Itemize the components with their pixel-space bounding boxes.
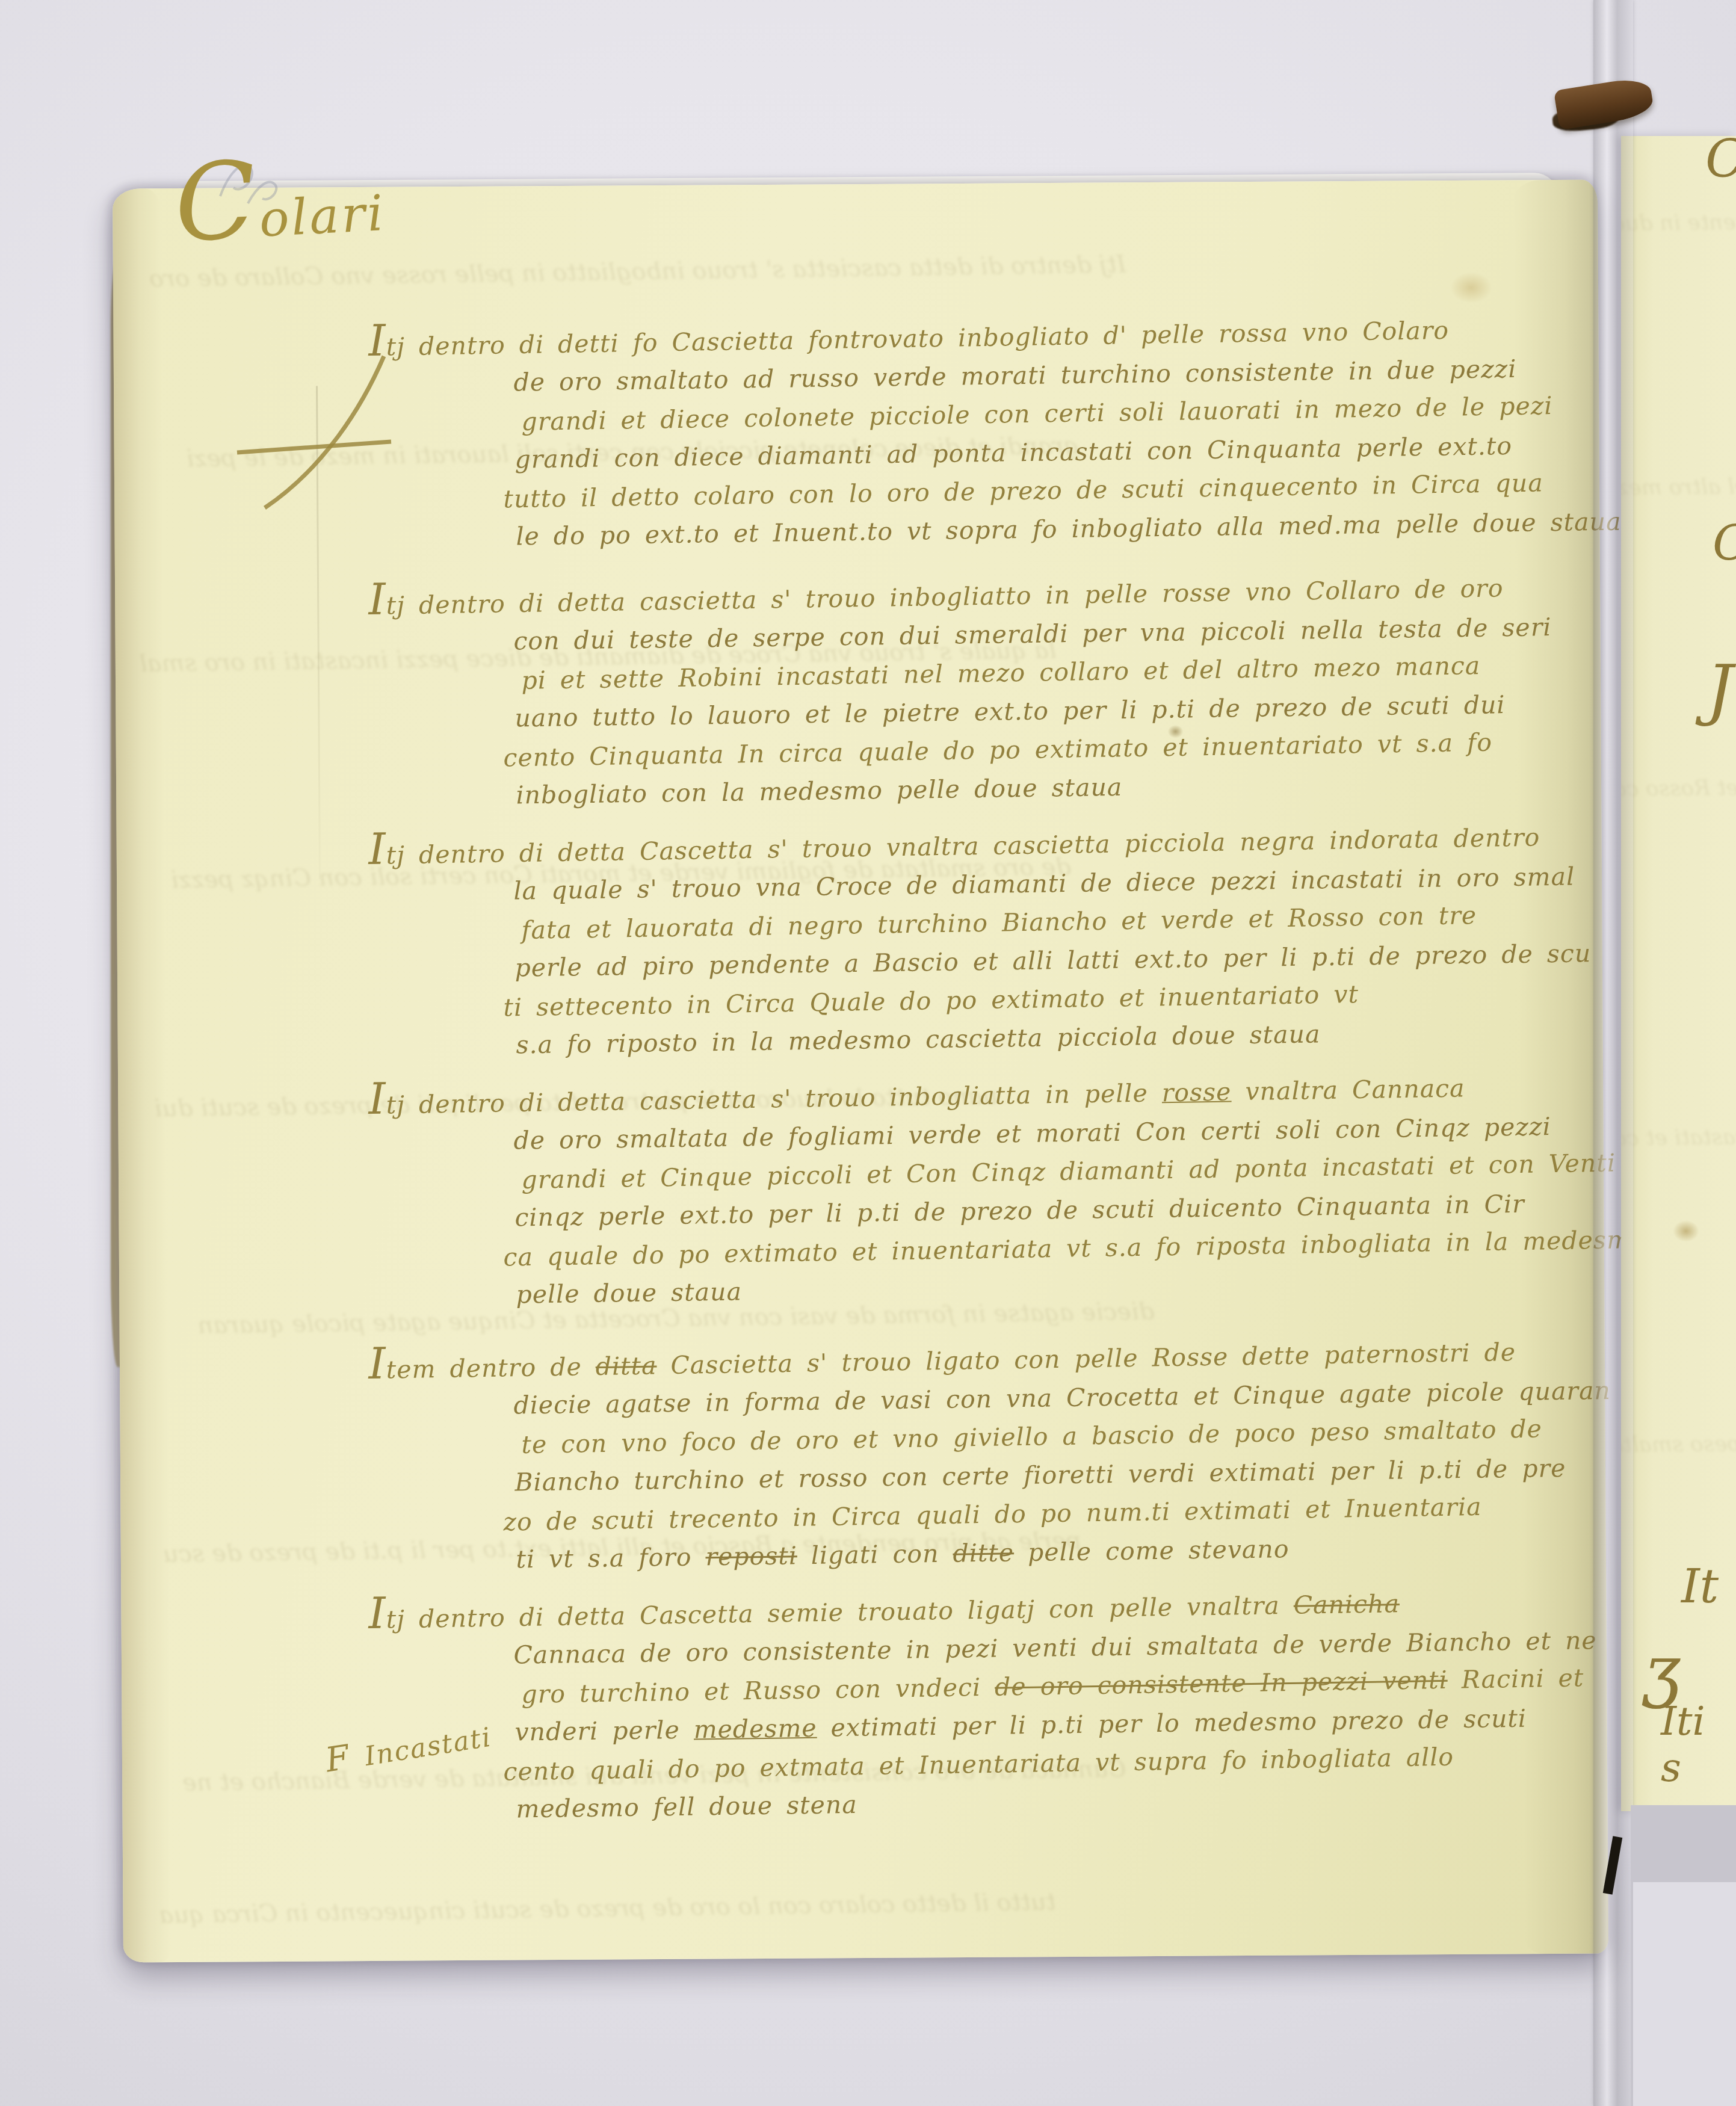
- inventory-entry-1: Itj dentro di detti fo Cascietta fontrov…: [368, 309, 1587, 559]
- underlined-word: medesme: [693, 1714, 817, 1744]
- showthrough-line: pi et sette Robini incastati nel mezo co…: [1621, 470, 1736, 501]
- showthrough-line: Itj dentro di detta cascietta s' trouo i…: [149, 250, 1126, 292]
- line-text: pelle come stevano: [1014, 1534, 1290, 1567]
- inventory-entry-6: Itj dentro di detta Cascetta semie troua…: [368, 1581, 1587, 1832]
- inventory-entry-3: Itj dentro di detta Cascetta s' trouo vn…: [368, 817, 1587, 1067]
- line-text: extimati per li p.ti per lo medesmo prez…: [817, 1704, 1527, 1743]
- struck-word: Canicha: [1293, 1589, 1400, 1620]
- struck-word: ditte: [953, 1538, 1014, 1567]
- showthrough-line: fata et lauorata di negro turchino Bianc…: [1621, 771, 1736, 802]
- inventory-entry-5: Item dentro de ditta Cascietta s' trouo …: [368, 1332, 1587, 1582]
- showthrough-line: de oro smaltato ad russo verde morati tu…: [1621, 205, 1736, 236]
- manuscript-right-page: de oro smaltato ad russo verde morati tu…: [1621, 136, 1736, 1811]
- inventory-entry-2: Itj dentro di detta cascietta s' trouo i…: [368, 567, 1587, 818]
- facing-page-fragment: C: [1705, 136, 1736, 189]
- scanned-manuscript: { "document": { "heading": "Colari", "co…: [0, 0, 1736, 2106]
- paper-stain: [1673, 1220, 1699, 1242]
- line-text: ligati con: [797, 1539, 953, 1570]
- showthrough-line: te con vno foco de oro et vno giviello a…: [1621, 1426, 1736, 1457]
- gutter-plastic-strip: [1593, 0, 1633, 2106]
- line-text: vnaltra Cannaca: [1231, 1073, 1465, 1106]
- facing-page-fragment: Iti s: [1661, 1698, 1736, 1791]
- line-text: ti vt s.a foro: [516, 1542, 706, 1573]
- inventory-entry-4: Itj dentro di detta cascietta s' trouo i…: [368, 1067, 1587, 1317]
- underlined-word: rosse: [1161, 1077, 1231, 1107]
- line-text: Racini et: [1447, 1663, 1584, 1694]
- facing-page-fragment: C: [1713, 515, 1736, 571]
- struck-phrase: de oro consistente In pezzi venti: [995, 1666, 1448, 1702]
- struck-word: reposti: [705, 1541, 797, 1571]
- page-heading: Colari: [175, 185, 387, 253]
- facing-page-fragment: It: [1681, 1560, 1719, 1614]
- line-text: Item dentro de: [368, 1352, 596, 1385]
- binding-strap: [1554, 76, 1655, 130]
- showthrough-line: grandi et Cinque piccoli et Con Cinqz di…: [1621, 1119, 1736, 1151]
- line-text: vnderi perle: [514, 1715, 694, 1747]
- line-text: gro turchino et Russo con vndeci: [521, 1673, 995, 1709]
- scanner-panel-light: [1633, 1882, 1736, 2106]
- facing-page-fragment: J: [1707, 651, 1733, 728]
- struck-word: ditta: [595, 1351, 657, 1381]
- showthrough-line: tutto il detto colaro con lo oro de prez…: [159, 1888, 1056, 1929]
